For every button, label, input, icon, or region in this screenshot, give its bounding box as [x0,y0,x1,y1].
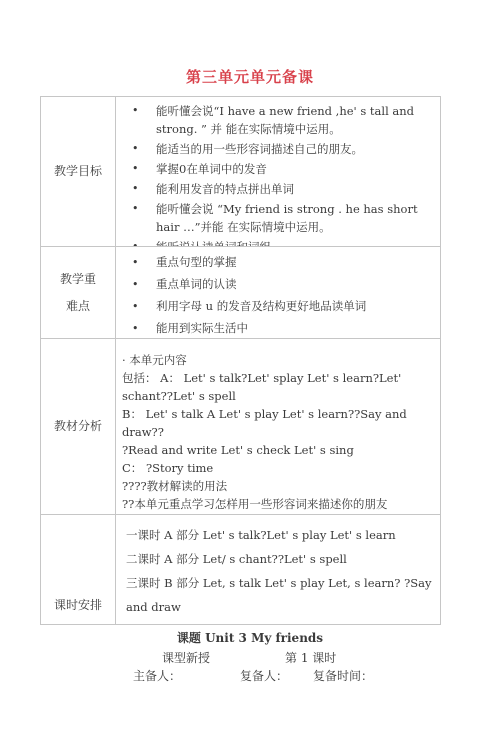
material-analysis-text: · 本单元内容包括： A： Let' s talk?Let' splay Let… [116,339,440,514]
row-label-key-points: 教学重 难点 [41,247,116,338]
lesson-plan-table: 教学目标 能听懂会说“I have a new friend ,he' s ta… [40,96,441,625]
table-row-key-points: 教学重 难点 重点句型的掌握重点单词的认读利用字母 u 的发音及结构更好地品读单… [41,246,440,338]
paragraph: 四课时 B 部分 Read and write Let' s check Let… [126,619,434,624]
paragraph: ??本单元重点学习怎样用一些形容词来描述你的朋友 [122,495,434,513]
table-row-material-analysis: 教材分析 · 本单元内容包括： A： Let' s talk?Let' spla… [41,338,440,514]
list-item: 利用字母 u 的发音及结构更好地品读单词 [116,299,430,314]
list-item: 能听说认读单词和词组。 [116,238,430,246]
list-item: 重点句型的掌握 [116,255,430,270]
row-label-lesson-schedule: 课时安排 [41,515,116,624]
teaching-goals-list: 能听懂会说“I have a new friend ,he' s tall an… [116,97,440,246]
paragraph: 包括： A： Let' s talk?Let' splay Let' s lea… [122,369,434,405]
page-title: 第三单元单元备课 [0,66,500,87]
footer: 课题 Unit 3 My friends 课型新授 第 1 课时 主备人： 复备… [0,627,500,697]
prep-time-label: 复备时间： [313,667,373,684]
paragraph: 二课时 A 部分 Let/ s chant??Let' s spell [126,547,434,571]
row-label-material-analysis: 教材分析 [41,339,116,514]
list-item: 掌握0在单词中的发音 [116,160,430,178]
period-label: 第 1 课时 [285,649,336,666]
paragraph: · 本单元内容 [122,351,434,369]
lesson-schedule-text: 一课时 A 部分 Let' s talk?Let' s play Let' s … [116,515,440,624]
co-preparer-label: 复备人： [240,667,288,684]
paragraph: ????教材解读的用法 [122,477,434,495]
paragraph: ?Read and write Let' s check Let' s sing [122,441,434,459]
list-item: 重点单词的认读 [116,277,430,292]
paragraph: 一课时 A 部分 Let' s talk?Let' s play Let' s … [126,523,434,547]
list-item: 能利用发音的特点拼出单词 [116,180,430,198]
list-item: 能适当的用一些形容词描述自己的朋友。 [116,140,430,158]
paragraph: C： ?Story time [122,459,434,477]
lesson-type-label: 课型新授 [162,649,210,666]
main-preparer-label: 主备人： [133,667,181,684]
list-item: 能听懂会说 “My friend is strong . he has shor… [116,200,430,236]
paragraph: ??注意区分 her 和 his [122,513,434,514]
table-row-teaching-goals: 教学目标 能听懂会说“I have a new friend ,he' s ta… [41,97,440,246]
row-label-teaching-goals: 教学目标 [41,97,116,246]
paragraph: 三课时 B 部分 Let, s talk Let' s play Let, s … [126,571,434,619]
table-row-lesson-schedule: 课时安排 一课时 A 部分 Let' s talk?Let' s play Le… [41,514,440,624]
key-points-list: 重点句型的掌握重点单词的认读利用字母 u 的发音及结构更好地品读单词能用到实际生… [116,247,440,338]
paragraph: B： Let' s talk A Let' s play Let' s lear… [122,405,434,441]
list-item: 能用到实际生活中 [116,321,430,336]
list-item: 能听懂会说“I have a new friend ,he' s tall an… [116,102,430,138]
course-title: 课题 Unit 3 My friends [0,629,500,646]
